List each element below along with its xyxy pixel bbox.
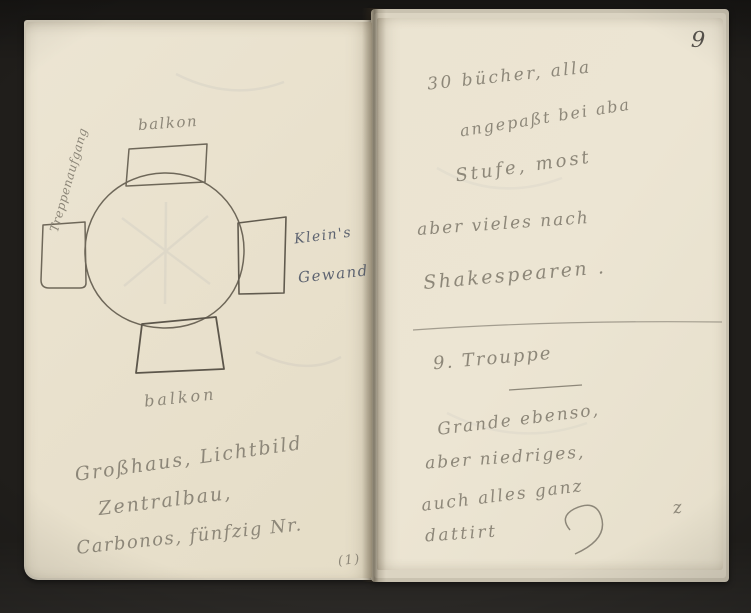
annex-top xyxy=(126,144,207,186)
heading-underline xyxy=(509,385,582,390)
right-margin-mark: z xyxy=(672,499,685,517)
annex-right xyxy=(238,217,286,294)
left-notes-line4: (1) xyxy=(337,553,361,568)
notebook-scan: Treppenaufgang balkon Klein's Gewand bal… xyxy=(0,0,751,613)
annex-left xyxy=(41,222,86,288)
flourish-loop xyxy=(565,505,602,554)
right-page: 9 30 bücher, alla angepaßt bei aba Stufe… xyxy=(377,18,723,570)
left-page: Treppenaufgang balkon Klein's Gewand bal… xyxy=(26,22,372,578)
right-para2-line4: dattirt xyxy=(424,523,498,545)
showthrough-marks-right xyxy=(437,168,587,433)
page-number: 9 xyxy=(690,30,705,53)
label-balkon-top: balkon xyxy=(138,114,199,133)
annex-bottom xyxy=(136,317,224,373)
section-divider-line xyxy=(413,322,722,330)
